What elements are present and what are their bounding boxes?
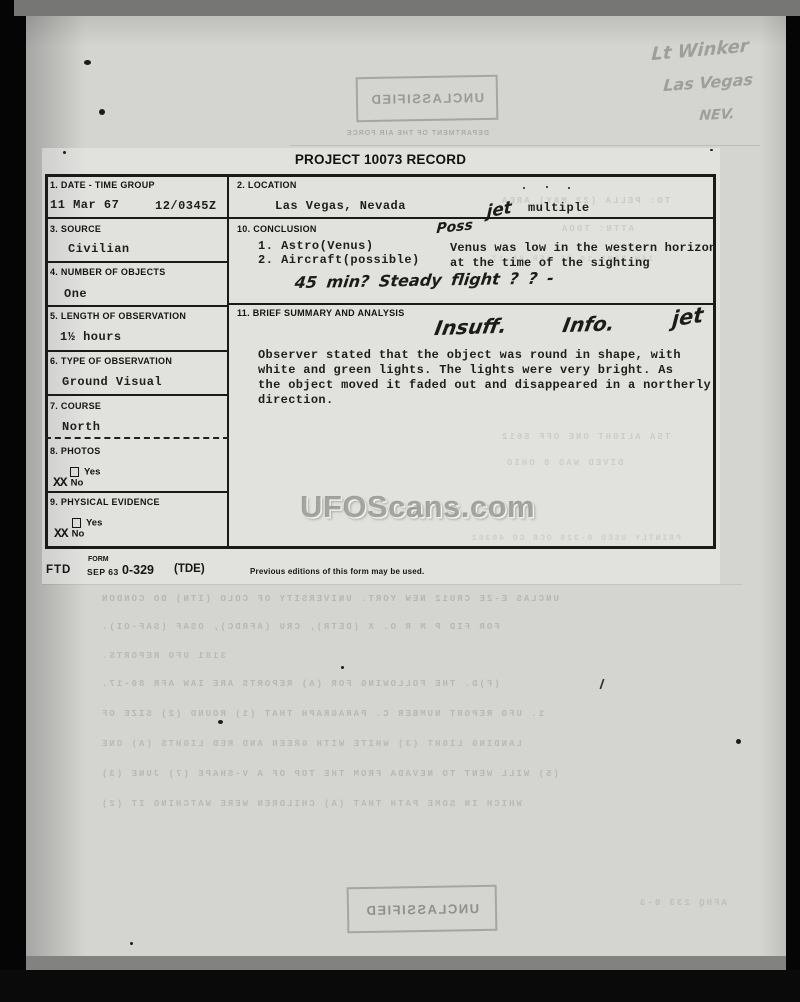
conclusion-item-2: 2. Aircraft(possible) [258, 253, 420, 267]
watermark: UFOScans.com [300, 489, 535, 525]
field-value-number-of-objects: One [64, 287, 87, 301]
row-divider-dashed [45, 437, 229, 439]
field-label-type-of-observation: 6. TYPE OF OBSERVATION [50, 356, 172, 366]
photos-no-option: XXNo [53, 474, 83, 492]
ink-speck [130, 942, 133, 945]
ink-speck [568, 187, 570, 189]
field-label-physical-evidence: 9. PHYSICAL EVIDENCE [50, 497, 160, 507]
checkbox-label: Yes [84, 466, 100, 477]
field-label-course: 7. COURSE [50, 401, 101, 411]
bleedthrough-line: (5) WILL WENT TO NEVADA FROM THE TOP OF … [100, 769, 559, 779]
row-divider [45, 305, 229, 307]
bleedthrough-line: LANDING LIGHT (3) WHITE WITH GREEN AND R… [100, 739, 522, 749]
bleedthrough-line: 3181 UFO REPORTS. [100, 651, 226, 661]
bleedthrough-line: 1. UFO REPORT NUMBER C. PARAGRAPH THAT (… [100, 709, 544, 719]
row-divider [45, 261, 229, 263]
checkbox-label: No [72, 528, 85, 539]
xx-check-mark: XX [53, 475, 67, 490]
unclassified-stamp-top: UNCLASSIFIED [356, 75, 499, 122]
department-bleed-line: DEPARTMENT OF THE AIR FORCE [346, 130, 489, 137]
summary-line-1: Observer stated that the object was roun… [258, 348, 681, 364]
field-value-source: Civilian [68, 242, 130, 256]
scan-bottom-edge [26, 956, 786, 970]
checkbox-label: Yes [86, 517, 102, 528]
faint-rule-bottom [42, 584, 742, 585]
footer-note: Previous editions of this form may be us… [250, 567, 424, 576]
footer-form-number: 0-329 [122, 563, 154, 577]
field-label-length-of-observation: 5. LENGTH OF OBSERVATION [50, 311, 186, 321]
field-value-location-note: multiple [528, 201, 590, 215]
ink-speck [341, 666, 344, 669]
ink-speck [736, 739, 741, 744]
footer-date: SEP 63 [87, 567, 119, 577]
faint-rule-top [290, 145, 760, 146]
ink-speck [218, 720, 223, 724]
field-value-location: Las Vegas, Nevada [275, 199, 406, 213]
row-divider [45, 394, 229, 396]
summary-line-4: direction. [258, 393, 334, 409]
field-value-course: North [62, 420, 101, 434]
footer-form-word: FORM [88, 556, 109, 563]
field-label-conclusion: 10. CONCLUSION [237, 224, 317, 234]
handwritten-info: Info. [561, 311, 617, 337]
field-value-length-of-observation: 1½ hours [60, 330, 122, 344]
field-label-summary: 11. BRIEF SUMMARY AND ANALYSIS [237, 308, 405, 318]
footer-suffix: (TDE) [174, 563, 205, 575]
corner-annotation-line3: NEV. [699, 106, 736, 124]
row-divider [45, 217, 229, 219]
ink-speck [710, 149, 713, 151]
bleedthrough-line: WHICH IN SOME PATH THAT (A) CHILDREN WER… [100, 799, 522, 809]
field-label-source: 3. SOURCE [50, 224, 101, 234]
field-value-time: 12/0345Z [155, 199, 217, 213]
checkbox-label: No [71, 477, 84, 488]
ink-speck [99, 109, 105, 115]
scan-top-edge [14, 0, 800, 16]
scan-bottom-border [0, 970, 800, 1002]
scanned-document-page: UNCLASSIFIED DEPARTMENT OF THE AIR FORCE… [0, 0, 800, 1002]
summary-line-2: white and green lights. The lights were … [258, 363, 673, 379]
field-label-number-of-objects: 4. NUMBER OF OBJECTS [50, 267, 166, 277]
field-label-photos: 8. PHOTOS [50, 446, 101, 456]
field-value-date: 11 Mar 67 [50, 198, 119, 212]
handwritten-initials: jet [671, 303, 704, 332]
ink-speck [84, 60, 91, 65]
row-divider [227, 303, 716, 305]
bleedthrough-line: AFHQ 233 0-3 [638, 898, 727, 908]
physical-evidence-no-option: XXNo [54, 525, 84, 543]
conclusion-note-line-1: Venus was low in the western horizon [450, 241, 716, 257]
conclusion-item-1: 1. Astro(Venus) [258, 239, 374, 253]
field-label-date-time-group: 1. DATE - TIME GROUP [50, 180, 155, 190]
bleedthrough-line: (F)D. THE FOLLOWING FOR (A) REPORTS ARE … [100, 679, 500, 689]
handwritten-insuff: Insuff. [433, 313, 509, 340]
form-title: PROJECT 10073 RECORD [45, 152, 716, 167]
bleedthrough-line: FOR FID P M R O. X (DETR), CRU (AFRDC), … [100, 622, 500, 632]
field-value-type-of-observation: Ground Visual [62, 375, 162, 389]
ink-speck [63, 151, 66, 154]
ink-speck [523, 187, 525, 189]
bleedthrough-line: UNCLAS E-2E CRU12 NEW YORT. UNIVERSITY O… [100, 594, 559, 604]
ink-speck [546, 186, 548, 188]
summary-line-3: the object moved it faded out and disapp… [258, 378, 711, 394]
row-divider [45, 350, 229, 352]
footer-agency: FTD [46, 564, 71, 576]
field-label-location: 2. LOCATION [237, 180, 297, 190]
unclassified-stamp-bottom: UNCLASSIFIED [347, 885, 498, 934]
xx-check-mark: XX [54, 526, 68, 541]
